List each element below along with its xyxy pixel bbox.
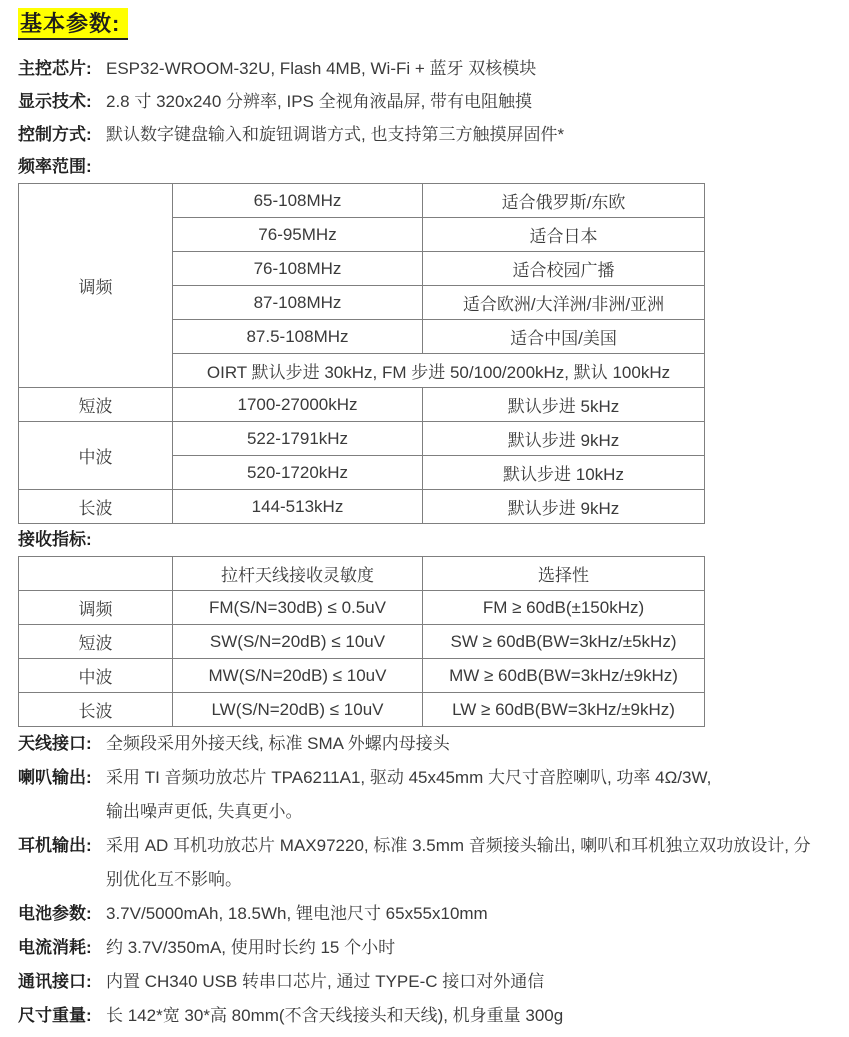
table-row: 调频 FM(S/N=30dB) ≤ 0.5uV FM ≥ 60dB(±150kH… [19, 591, 705, 625]
spec-row-headphone: 耳机输出: 采用 AD 耳机功放芯片 MAX97220, 标准 3.5mm 音频… [18, 829, 837, 897]
table-row: 长波 LW(S/N=20dB) ≤ 10uV LW ≥ 60dB(BW=3kHz… [19, 693, 705, 727]
band-cell: 中波 [19, 422, 173, 490]
band-cell: 长波 [19, 490, 173, 524]
range-cell: 87.5-108MHz [173, 320, 423, 354]
spec-label: 耳机输出: [18, 829, 106, 863]
table-row: 调频 65-108MHz 适合俄罗斯/东欧 [19, 184, 705, 218]
header-cell: 选择性 [423, 557, 705, 591]
table-row: 中波 522-1791kHz 默认步进 9kHz [19, 422, 705, 456]
range-cell: 144-513kHz [173, 490, 423, 524]
spec-row-battery: 电池参数: 3.7V/5000mAh, 18.5Wh, 锂电池尺寸 65x55x… [18, 897, 837, 931]
spec-value: 2.8 寸 320x240 分辨率, IPS 全视角液晶屏, 带有电阻触摸 [106, 85, 532, 118]
note-cell: 适合俄罗斯/东欧 [423, 184, 705, 218]
spec-row-main-chip: 主控芯片: ESP32-WROOM-32U, Flash 4MB, Wi-Fi … [18, 52, 837, 85]
spec-label: 电池参数: [18, 897, 106, 931]
detail-specs-list: 天线接口: 全频段采用外接天线, 标准 SMA 外螺内母接头 喇叭输出: 采用 … [18, 727, 837, 1033]
spec-line: 3.7V/5000mAh, 18.5Wh, 锂电池尺寸 65x55x10mm [106, 897, 488, 931]
band-cell: 调频 [19, 184, 173, 388]
step-note-cell: OIRT 默认步进 30kHz, FM 步进 50/100/200kHz, 默认… [173, 354, 705, 388]
spec-label: 电流消耗: [18, 931, 106, 965]
spec-value: ESP32-WROOM-32U, Flash 4MB, Wi-Fi + 蓝牙 双… [106, 52, 536, 85]
band-cell: 调频 [19, 591, 173, 625]
spec-line: 长 142*宽 30*高 80mm(不含天线接头和天线), 机身重量 300g [106, 999, 563, 1033]
spec-row-size-weight: 尺寸重量: 长 142*宽 30*高 80mm(不含天线接头和天线), 机身重量… [18, 999, 837, 1033]
table-row: 短波 SW(S/N=20dB) ≤ 10uV SW ≥ 60dB(BW=3kHz… [19, 625, 705, 659]
spec-sheet-page: 基本参数: 主控芯片: ESP32-WROOM-32U, Flash 4MB, … [0, 0, 849, 1033]
selectivity-cell: MW ≥ 60dB(BW=3kHz/±9kHz) [423, 659, 705, 693]
note-cell: 适合日本 [423, 218, 705, 252]
note-cell: 适合校园广播 [423, 252, 705, 286]
spec-line: 别优化互不影响。 [106, 863, 811, 897]
spec-row-antenna: 天线接口: 全频段采用外接天线, 标准 SMA 外螺内母接头 [18, 727, 837, 761]
spec-line: 全频段采用外接天线, 标准 SMA 外螺内母接头 [106, 727, 450, 761]
range-cell: 76-95MHz [173, 218, 423, 252]
header-cell-empty [19, 557, 173, 591]
rx-specs-heading: 接收指标: [18, 524, 837, 556]
spec-label: 显示技术: [18, 85, 106, 118]
step-cell: 默认步进 9kHz [423, 422, 705, 456]
sensitivity-cell: MW(S/N=20dB) ≤ 10uV [173, 659, 423, 693]
spec-value: 约 3.7V/350mA, 使用时长约 15 个小时 [106, 931, 395, 965]
band-cell: 短波 [19, 388, 173, 422]
spec-row-control: 控制方式: 默认数字键盘输入和旋钮调谐方式, 也支持第三方触摸屏固件* [18, 118, 837, 151]
table-header-row: 拉杆天线接收灵敏度 选择性 [19, 557, 705, 591]
step-cell: 默认步进 10kHz [423, 456, 705, 490]
selectivity-cell: SW ≥ 60dB(BW=3kHz/±5kHz) [423, 625, 705, 659]
range-cell: 76-108MHz [173, 252, 423, 286]
spec-label: 通讯接口: [18, 965, 106, 999]
note-cell: 适合中国/美国 [423, 320, 705, 354]
spec-value: 内置 CH340 USB 转串口芯片, 通过 TYPE-C 接口对外通信 [106, 965, 544, 999]
spec-value: 默认数字键盘输入和旋钮调谐方式, 也支持第三方触摸屏固件* [106, 118, 564, 151]
spec-value: 全频段采用外接天线, 标准 SMA 外螺内母接头 [106, 727, 450, 761]
spec-line: 约 3.7V/350mA, 使用时长约 15 个小时 [106, 931, 395, 965]
spec-label: 主控芯片: [18, 52, 106, 85]
freq-range-table: 调频 65-108MHz 适合俄罗斯/东欧 76-95MHz 适合日本 76-1… [18, 183, 705, 524]
spec-label: 控制方式: [18, 118, 106, 151]
basic-specs-list: 主控芯片: ESP32-WROOM-32U, Flash 4MB, Wi-Fi … [18, 52, 837, 151]
band-cell: 长波 [19, 693, 173, 727]
rx-specs-table: 拉杆天线接收灵敏度 选择性 调频 FM(S/N=30dB) ≤ 0.5uV FM… [18, 556, 705, 727]
range-cell: 87-108MHz [173, 286, 423, 320]
spec-line: 输出噪声更低, 失真更小。 [106, 795, 711, 829]
header-cell: 拉杆天线接收灵敏度 [173, 557, 423, 591]
band-cell: 中波 [19, 659, 173, 693]
spec-line: 内置 CH340 USB 转串口芯片, 通过 TYPE-C 接口对外通信 [106, 965, 544, 999]
note-cell: 适合欧洲/大洋洲/非洲/亚洲 [423, 286, 705, 320]
spec-row-current: 电流消耗: 约 3.7V/350mA, 使用时长约 15 个小时 [18, 931, 837, 965]
table-row: 长波 144-513kHz 默认步进 9kHz [19, 490, 705, 524]
spec-value: 采用 AD 耳机功放芯片 MAX97220, 标准 3.5mm 音频接头输出, … [106, 829, 811, 897]
spec-line: 采用 TI 音频功放芯片 TPA6211A1, 驱动 45x45mm 大尺寸音腔… [106, 761, 711, 795]
title-row: 基本参数: [18, 8, 837, 40]
table-row: 短波 1700-27000kHz 默认步进 5kHz [19, 388, 705, 422]
range-cell: 522-1791kHz [173, 422, 423, 456]
spec-value: 长 142*宽 30*高 80mm(不含天线接头和天线), 机身重量 300g [106, 999, 563, 1033]
range-cell: 65-108MHz [173, 184, 423, 218]
page-title: 基本参数: [18, 8, 128, 40]
spec-label: 尺寸重量: [18, 999, 106, 1033]
sensitivity-cell: FM(S/N=30dB) ≤ 0.5uV [173, 591, 423, 625]
selectivity-cell: FM ≥ 60dB(±150kHz) [423, 591, 705, 625]
spec-label: 喇叭输出: [18, 761, 106, 795]
step-cell: 默认步进 5kHz [423, 388, 705, 422]
freq-range-heading: 频率范围: [18, 151, 837, 183]
step-cell: 默认步进 9kHz [423, 490, 705, 524]
spec-row-display: 显示技术: 2.8 寸 320x240 分辨率, IPS 全视角液晶屏, 带有电… [18, 85, 837, 118]
sensitivity-cell: SW(S/N=20dB) ≤ 10uV [173, 625, 423, 659]
range-cell: 1700-27000kHz [173, 388, 423, 422]
spec-value: 3.7V/5000mAh, 18.5Wh, 锂电池尺寸 65x55x10mm [106, 897, 488, 931]
spec-row-comm: 通讯接口: 内置 CH340 USB 转串口芯片, 通过 TYPE-C 接口对外… [18, 965, 837, 999]
selectivity-cell: LW ≥ 60dB(BW=3kHz/±9kHz) [423, 693, 705, 727]
spec-label: 天线接口: [18, 727, 106, 761]
band-cell: 短波 [19, 625, 173, 659]
table-row: 中波 MW(S/N=20dB) ≤ 10uV MW ≥ 60dB(BW=3kHz… [19, 659, 705, 693]
spec-value: 采用 TI 音频功放芯片 TPA6211A1, 驱动 45x45mm 大尺寸音腔… [106, 761, 711, 829]
sensitivity-cell: LW(S/N=20dB) ≤ 10uV [173, 693, 423, 727]
range-cell: 520-1720kHz [173, 456, 423, 490]
spec-row-speaker: 喇叭输出: 采用 TI 音频功放芯片 TPA6211A1, 驱动 45x45mm… [18, 761, 837, 829]
spec-line: 采用 AD 耳机功放芯片 MAX97220, 标准 3.5mm 音频接头输出, … [106, 829, 811, 863]
